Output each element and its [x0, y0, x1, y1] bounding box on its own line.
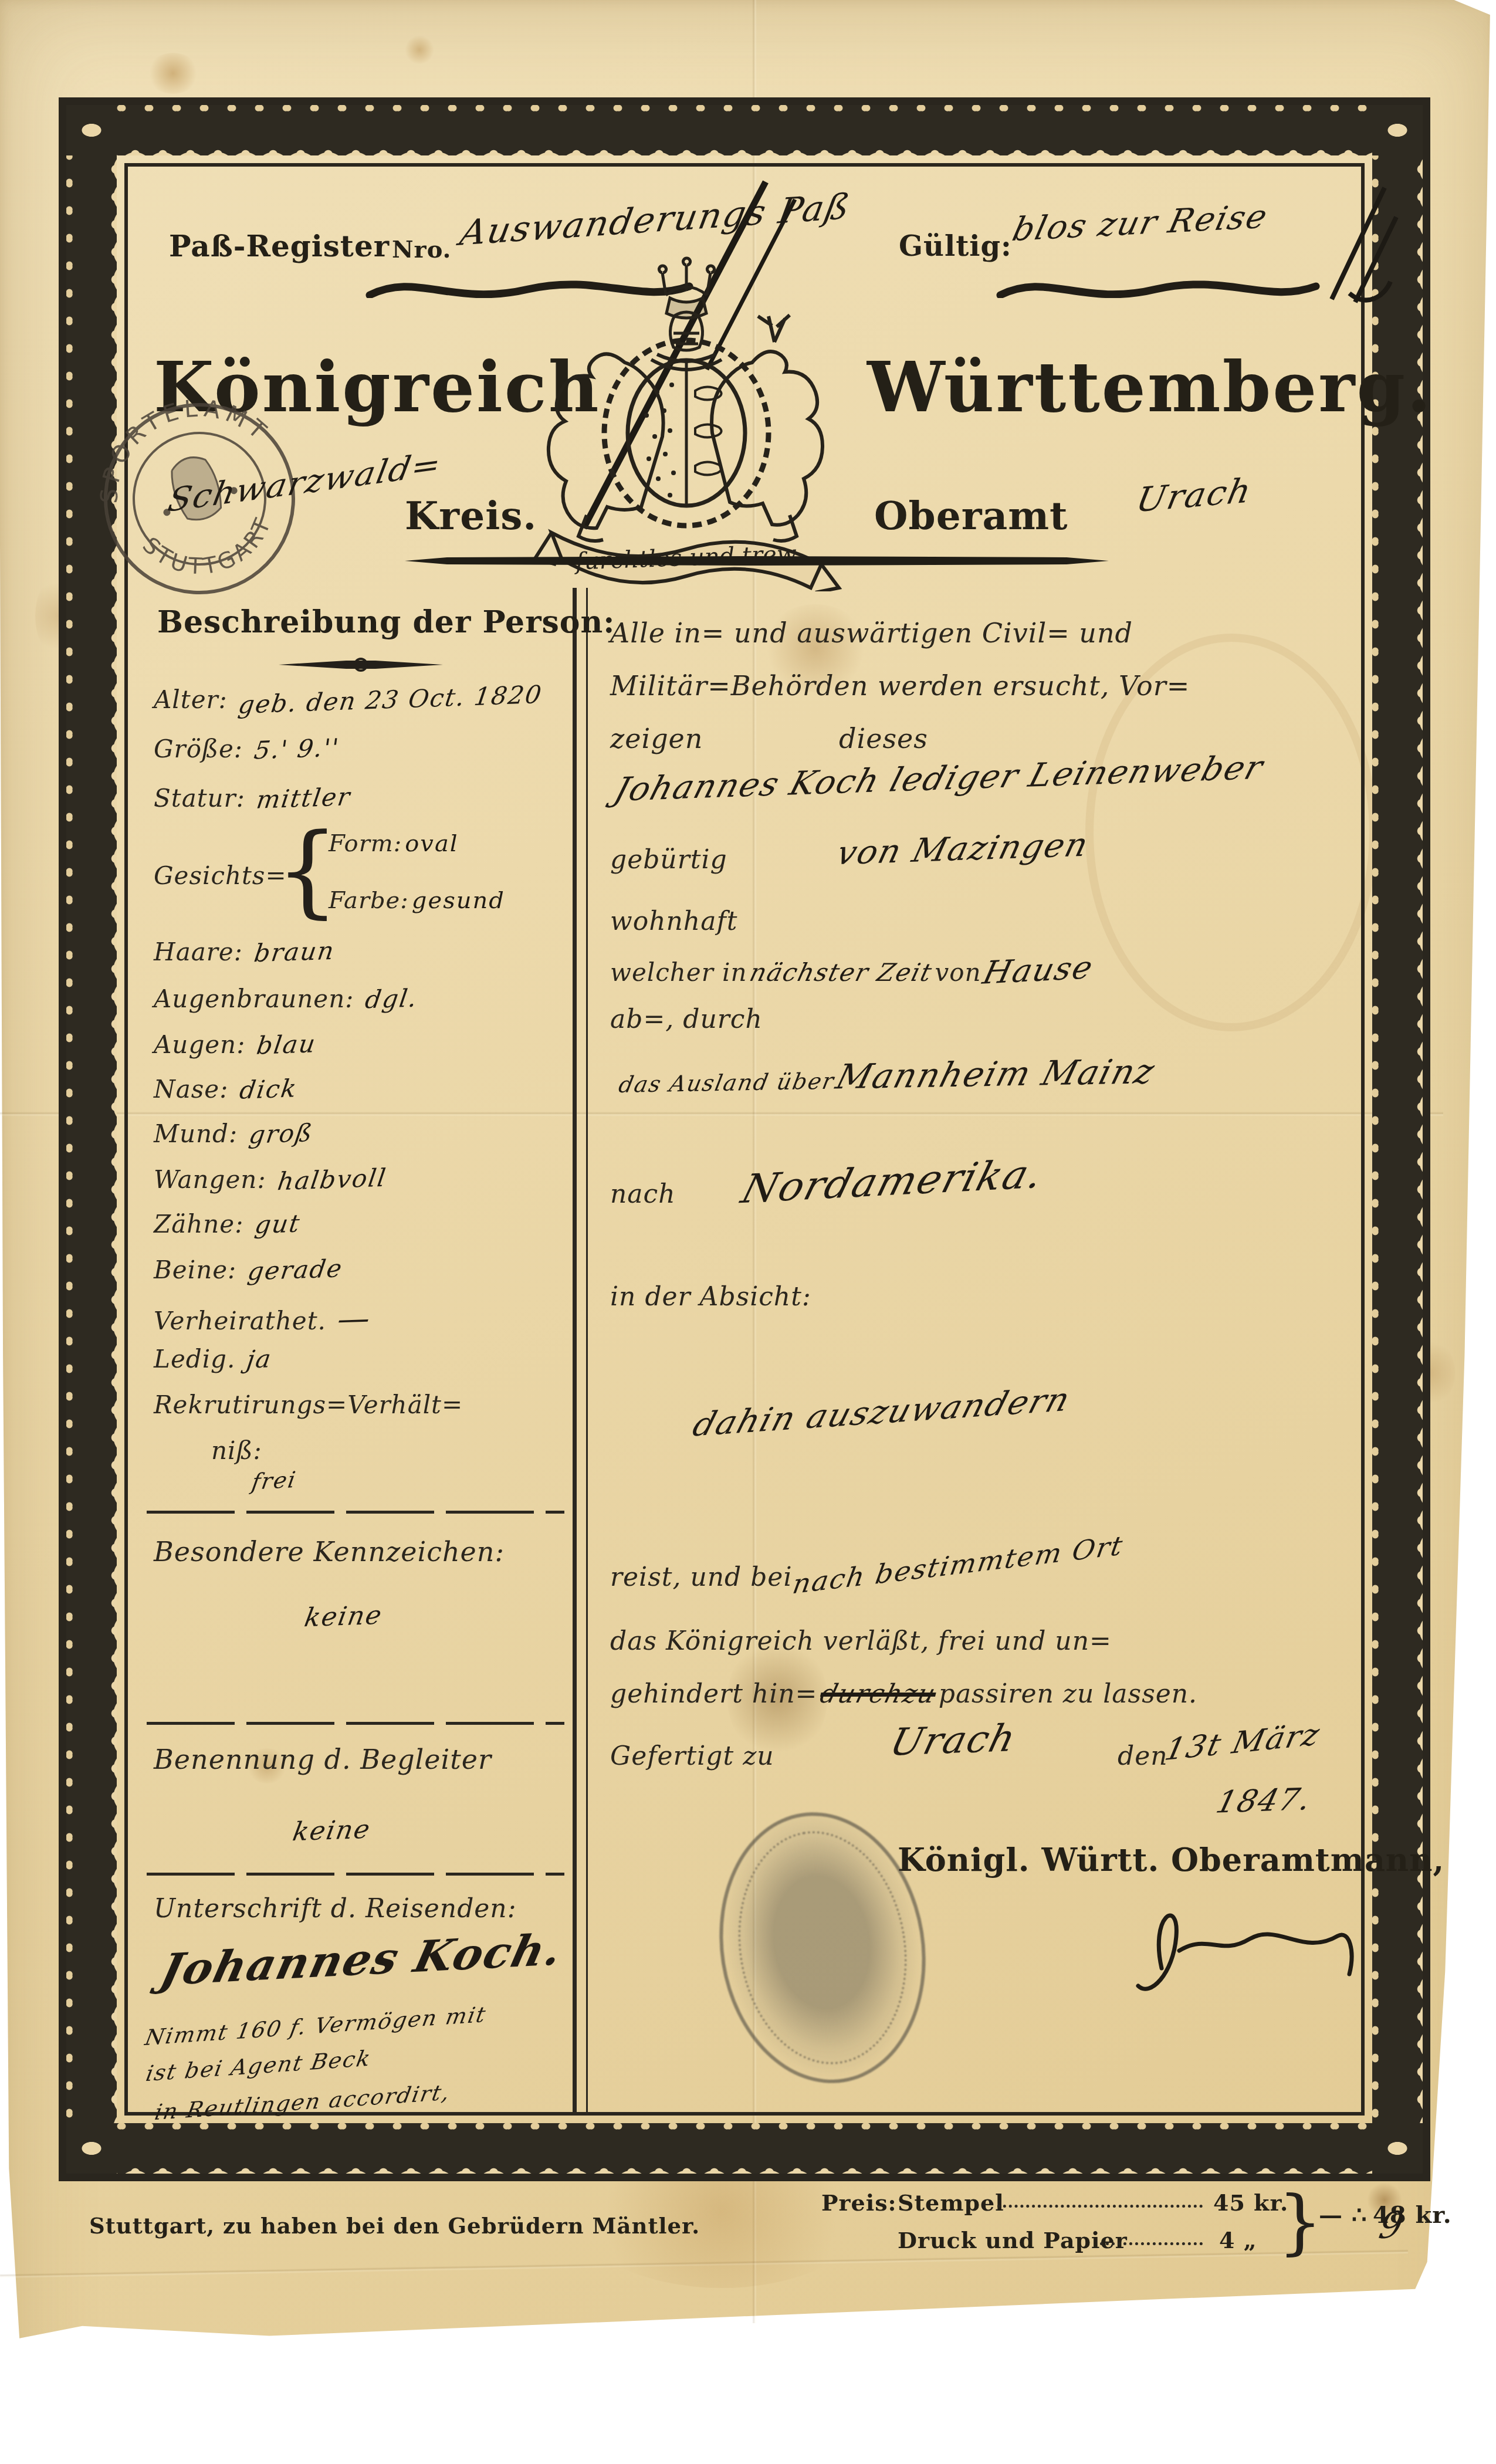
preis-label: Preis:: [821, 2189, 897, 2216]
gueltig-flourish: [1314, 182, 1408, 311]
rekrut-label-line1: Rekrutirungs=Verhält=: [154, 1390, 463, 1419]
druck-label: Druck und Papier: [898, 2227, 1128, 2253]
field-label: Größe:: [154, 735, 243, 763]
field-row-statur: Statur: mittler: [154, 784, 564, 813]
intro-line3a: zeigen: [610, 723, 703, 754]
field-row-augenbraunen: Augenbraunen: dgl.: [154, 984, 564, 1013]
route-line1-hand: nächster Zeit: [747, 958, 936, 987]
field-value: blau: [255, 1029, 319, 1060]
field-label: Verheirathet.: [154, 1307, 326, 1335]
den-label: den: [1118, 1741, 1168, 1771]
total-prefix: — ∴: [1319, 2201, 1367, 2229]
kreis-label: Kreis.: [405, 493, 537, 539]
underline-swash: [994, 275, 1323, 298]
field-value: dgl.: [364, 983, 420, 1014]
oberamtmann-signature: [1115, 1880, 1385, 2003]
publisher-imprint: Stuttgart, zu haben bei den Gebrüdern Mä…: [89, 2213, 700, 2239]
field-row-nase: Nase: dick: [154, 1075, 564, 1104]
field-label: Zähne:: [154, 1210, 243, 1238]
pass-register-label: Paß-Register: [169, 229, 390, 263]
closing-line1-print: reist, und bei: [610, 1562, 792, 1592]
field-value: halbvoll: [276, 1163, 388, 1196]
field-value: groß: [247, 1118, 315, 1149]
field-row-groesse: Größe: 5.' 9.'': [154, 735, 564, 763]
begleiter-value: keine: [290, 1815, 373, 1847]
official-title: Königl. Württ. Oberamtmann,: [898, 1841, 1361, 1879]
closing-line2: das Königreich verläßt, frei und un=: [610, 1626, 1112, 1656]
field-label: Augenbraunen:: [154, 984, 354, 1013]
nach-label: nach: [610, 1179, 676, 1209]
closing-line1: reist, und bei nach bestimmtem Ort: [610, 1561, 1117, 1592]
gefertigt-label: Gefertigt zu: [610, 1741, 774, 1771]
closing-line3-strikethrough: durchzu: [817, 1679, 939, 1709]
field-value: gut: [253, 1209, 303, 1240]
section-divider: [147, 1873, 564, 1876]
swelled-rule: [405, 556, 1109, 566]
field-value: geb. den 23 Oct. 1820: [236, 680, 544, 719]
route-line2: ab=, durch: [610, 1004, 763, 1034]
closing-line3: gehindert hin= durchzu passiren zu lasse…: [610, 1679, 1197, 1709]
field-row-alter: Alter: geb. den 23 Oct. 1820: [154, 685, 564, 714]
stempel-label: Stempel: [898, 2189, 1004, 2216]
rekrut-label-line2: niß:: [211, 1436, 262, 1465]
border-band-right: [1372, 155, 1423, 2123]
route-line1: welcher in nächster Zeit von Hause: [610, 952, 1092, 989]
field-row-augen: Augen: blau: [154, 1030, 564, 1059]
kingdom-title-right: Württemberg.: [867, 346, 1433, 428]
rekrut-value: frei: [250, 1467, 299, 1495]
gesicht-form-row: Form: oval: [329, 830, 459, 857]
route-line1-print2: von: [935, 958, 981, 987]
wuerttemberg-coat-of-arms: furchtlos und trew: [516, 239, 857, 591]
description-title: Beschreibung der Person:: [157, 604, 615, 640]
field-value: —: [335, 1299, 373, 1338]
border-band-top: [66, 105, 1423, 155]
border-band-bottom: [66, 2123, 1423, 2174]
gueltig-label: Gültig:: [899, 230, 1012, 263]
nro-label: Nro.: [392, 236, 452, 263]
field-label: Statur:: [154, 784, 245, 813]
absicht-label: in der Absicht:: [610, 1282, 811, 1312]
stempel-value: 45 kr.: [1213, 2189, 1288, 2216]
route-line3-small: das Ausland über: [617, 1068, 837, 1098]
wohnhaft-label: wohnhaft: [610, 906, 737, 936]
intro-line2: Militär=Behörden werden ersucht, Vor=: [610, 670, 1190, 702]
field-row-mund: Mund: groß: [154, 1119, 564, 1148]
field-value: 5.' 9.'': [252, 733, 341, 764]
druck-value: 4 „: [1219, 2227, 1257, 2253]
field-row-wangen: Wangen: halbvoll: [154, 1165, 564, 1194]
field-label: Nase:: [154, 1075, 228, 1104]
field-label: Ledig.: [154, 1345, 235, 1373]
closing-line3-print: gehindert hin=: [610, 1679, 817, 1709]
field-label: Form:: [329, 830, 402, 857]
field-value: gerade: [246, 1254, 344, 1286]
border-corner: [66, 105, 117, 155]
field-value: oval: [405, 830, 458, 857]
gesicht-label: Gesichts=: [154, 861, 287, 890]
field-label: Mund:: [154, 1119, 238, 1148]
field-row-haare: Haare: braun: [154, 937, 564, 966]
field-row-verheirathet: Verheirathet. —: [154, 1300, 564, 1337]
price-brace: }: [1278, 2181, 1322, 2263]
closing-line3-print2: passiren zu lassen.: [939, 1679, 1197, 1709]
field-row-zaehne: Zähne: gut: [154, 1210, 564, 1238]
section-divider: [147, 1722, 564, 1725]
passport-document-page: Paß-Register Nro. Auswanderungs Paß Gült…: [0, 0, 1496, 2464]
section-divider: [147, 1511, 564, 1514]
field-value: ja: [245, 1344, 274, 1373]
field-row-beine: Beine: gerade: [154, 1255, 564, 1284]
route-line1-hand2: Hause: [979, 949, 1097, 991]
year-value: 1847.: [1213, 1782, 1315, 1820]
field-value: braun: [252, 936, 337, 968]
field-label: Augen:: [154, 1030, 245, 1059]
field-label: Farbe:: [329, 887, 409, 914]
field-label: Wangen:: [154, 1165, 266, 1194]
gefertigt-place: Urach: [886, 1717, 1021, 1764]
column-divider: [573, 588, 588, 2114]
route-line3-big: Mannheim Mainz: [832, 1051, 1160, 1097]
field-value: mittler: [255, 782, 353, 814]
ornament-divider: [276, 656, 446, 673]
gebuertig-label: gebürtig: [610, 845, 727, 875]
begleiter-label: Benennung d. Begleiter: [154, 1744, 492, 1775]
dotted-leader: [997, 2205, 1203, 2208]
intro-line3b: dieses: [839, 723, 928, 754]
field-label: Haare:: [154, 937, 243, 966]
oberamt-label: Oberamt: [874, 493, 1068, 539]
field-value: gesund: [412, 887, 505, 914]
border-corner: [66, 2123, 117, 2174]
kennzeichen-value: keine: [302, 1600, 385, 1633]
field-row-ledig: Ledig. ja: [154, 1345, 564, 1373]
route-line1-print: welcher in: [610, 958, 747, 987]
dotted-leader: [1100, 2242, 1203, 2245]
gesicht-farbe-row: Farbe: gesund: [329, 887, 505, 914]
unterschrift-label: Unterschrift d. Reisenden:: [154, 1894, 517, 1924]
field-label: Alter:: [154, 685, 228, 714]
border-corner: [1372, 105, 1423, 155]
kennzeichen-label: Besondere Kennzeichen:: [154, 1536, 505, 1568]
field-label: Beine:: [154, 1255, 236, 1284]
border-corner: [1372, 2123, 1423, 2174]
field-value: dick: [238, 1074, 300, 1104]
intro-line1: Alle in= und auswärtigen Civil= und: [610, 617, 1133, 649]
